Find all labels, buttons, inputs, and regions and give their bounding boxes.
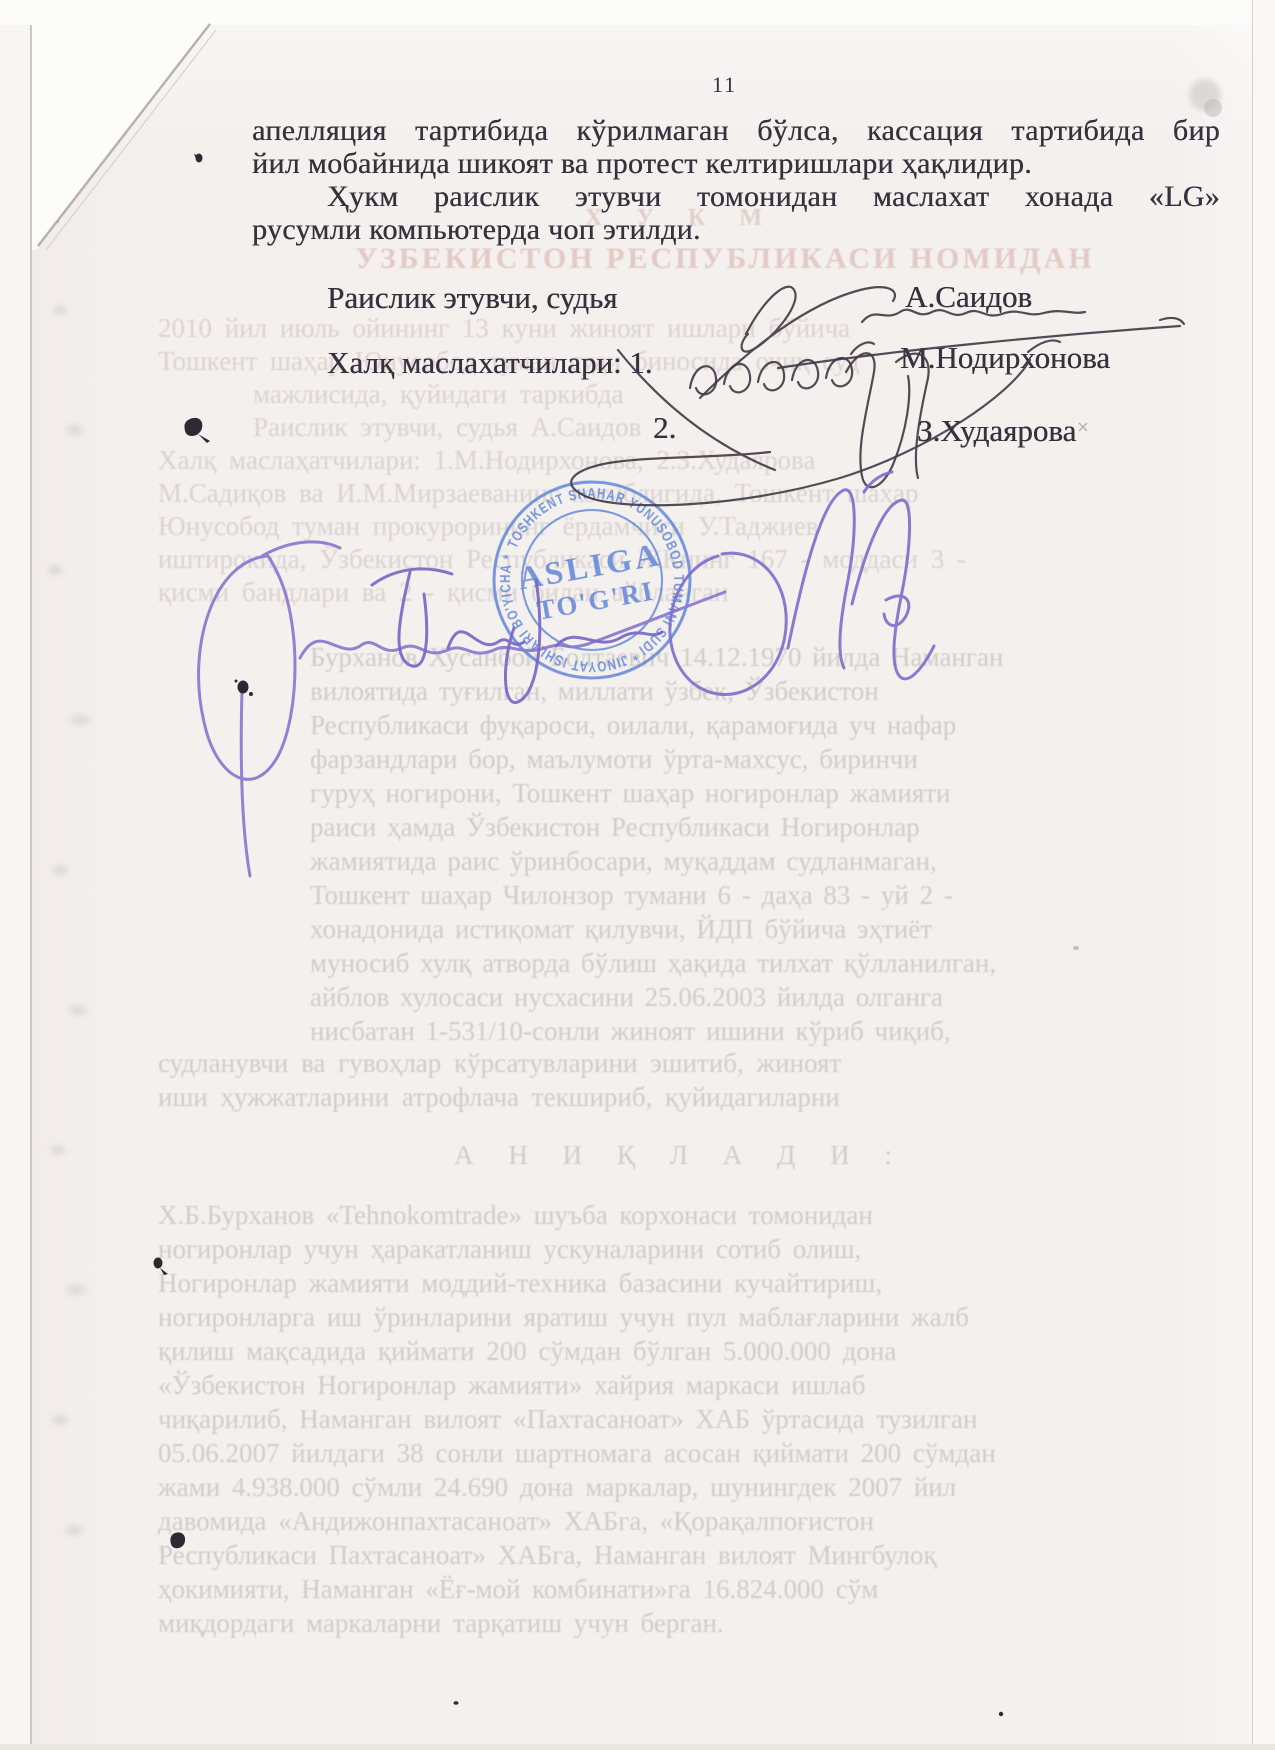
- body-line: йил мобайнида шикоят ва протест келтириш…: [252, 147, 1220, 181]
- bleedthrough-line: мажлисида, қуйидаги таркибда: [158, 378, 1216, 411]
- body-line: Ҳукм раислик этувчи томонидан маслахат х…: [252, 180, 1220, 214]
- bleedthrough-line: фарзандлари бор, маълумоти ўрта-махсус, …: [310, 742, 1152, 776]
- signature-name: М.Нодирхонова: [900, 340, 1110, 376]
- bleedthrough-body-block: Х.Б.Бурханов «Tehnokomtrade» шуъба корхо…: [158, 1198, 1140, 1640]
- left-margin-smudges: [30, 250, 115, 1550]
- bleedthrough-line: айблов хулосаси нусхасини 25.06.2003 йил…: [310, 980, 1152, 1014]
- page-right-edge: [1252, 0, 1275, 1750]
- bleedthrough-line: ногиронларга иш ўринларини яратиш учун п…: [158, 1300, 1140, 1334]
- bleedthrough-line: хонадонида истиқомат қилувчи, ЙДП бўйича…: [310, 912, 1152, 946]
- bleedthrough-line: миқдордаги маркаларни тарқатиш учун берг…: [158, 1606, 1140, 1640]
- bleedthrough-line: Республикаси Пахтасаноат» ХАБга, Наманга…: [158, 1538, 1140, 1572]
- bleedthrough-line: нисбатан 1-531/10-сонли жиноят ишини кўр…: [310, 1014, 1152, 1048]
- bleedthrough-line: Республикаси фуқароси, оилали, қарамоғид…: [310, 708, 1152, 742]
- bleedthrough-line: муносиб хулқ атворда бўлиш ҳақида тилхат…: [310, 946, 1152, 980]
- bleedthrough-line: қилиш мақсадида қиймати 200 сўмдан бўлга…: [158, 1334, 1140, 1368]
- bleedthrough-line: чиқарилиб, Наманган вилоят «Пахтасаноат»…: [158, 1402, 1140, 1436]
- bleedthrough-line: гуруҳ ногирони, Тошкент шаҳар ногиронлар…: [310, 776, 1152, 810]
- body-line: русумли компьютерда чоп этилди.: [252, 213, 1220, 247]
- scanned-court-document-page: Х У К М УЗБЕКИСТОН РЕСПУБЛИКАСИ НОМИДАН …: [0, 0, 1275, 1750]
- bleedthrough-line: Ногиронлар жамияти моддий-техника базаси…: [158, 1266, 1140, 1300]
- signature-role-label: Раислик этувчи, судья: [327, 280, 617, 316]
- page-bottom-edge: [0, 1744, 1275, 1750]
- signature-name: З.Худаярова: [917, 413, 1076, 449]
- bleedthrough-line: 05.06.2007 йилдаги 38 сонли шартномага а…: [158, 1436, 1140, 1470]
- bleedthrough-line: раиси ҳамда Ўзбекистон Республикаси Ноги…: [310, 810, 1152, 844]
- bleedthrough-section-heading: А Н И Қ Л А Д И :: [400, 1140, 960, 1171]
- bleedthrough-line: Х.Б.Бурханов «Tehnokomtrade» шуъба корхо…: [158, 1198, 1140, 1232]
- bleedthrough-defendant-block: Бурханов Хусанбой Болтаевич 14.12.1970 й…: [310, 640, 1152, 1048]
- bleedthrough-heading: УЗБЕКИСТОН РЕСПУБЛИКАСИ НОМИДАН: [330, 242, 1120, 276]
- court-stamp: TOSHKENT SHAHAR YUNUSOBOD TUMANI SUDI * …: [447, 435, 737, 725]
- bleedthrough-line: Тошкент шаҳар Чилонзор тумани 6 - даҳа 8…: [310, 878, 1152, 912]
- bleedthrough-line: судланувчи ва гувоҳлар кўрсатувларини эш…: [158, 1046, 1218, 1080]
- body-line: апелляция тартибида кўрилмаган бўлса, ка…: [252, 114, 1220, 148]
- bleedthrough-line: «Ўзбекистон Ногиронлар жамияти» хайрия м…: [158, 1368, 1140, 1402]
- bleedthrough-line: иши ҳужжатларини атрофлача текшириб, қуй…: [158, 1080, 1218, 1114]
- bleedthrough-line: давомида «Андижонпахтасаноат» ХАБга, «Қо…: [158, 1504, 1140, 1538]
- bleedthrough-line: жамиятида раис ўринбосари, муқаддам судл…: [310, 844, 1152, 878]
- page-left-edge: [0, 25, 32, 1750]
- bleedthrough-line: жами 4.938.000 сўмли 24.690 дона маркала…: [158, 1470, 1140, 1504]
- bleedthrough-closing-block: судланувчи ва гувоҳлар кўрсатувларини эш…: [158, 1046, 1218, 1114]
- signature-role-label: Халқ маслахатчилари: 1.: [327, 345, 653, 381]
- scanner-top-edge: [0, 0, 1275, 25]
- bleedthrough-line: ҳокимияти, Наманган «Ёғ-мой комбинати»га…: [158, 1572, 1140, 1606]
- bleedthrough-line: ногиронлар учун ҳаракатланиш ускуналарин…: [158, 1232, 1140, 1266]
- signature-name: А.Саидов: [905, 279, 1032, 315]
- page-number: 11: [712, 72, 737, 98]
